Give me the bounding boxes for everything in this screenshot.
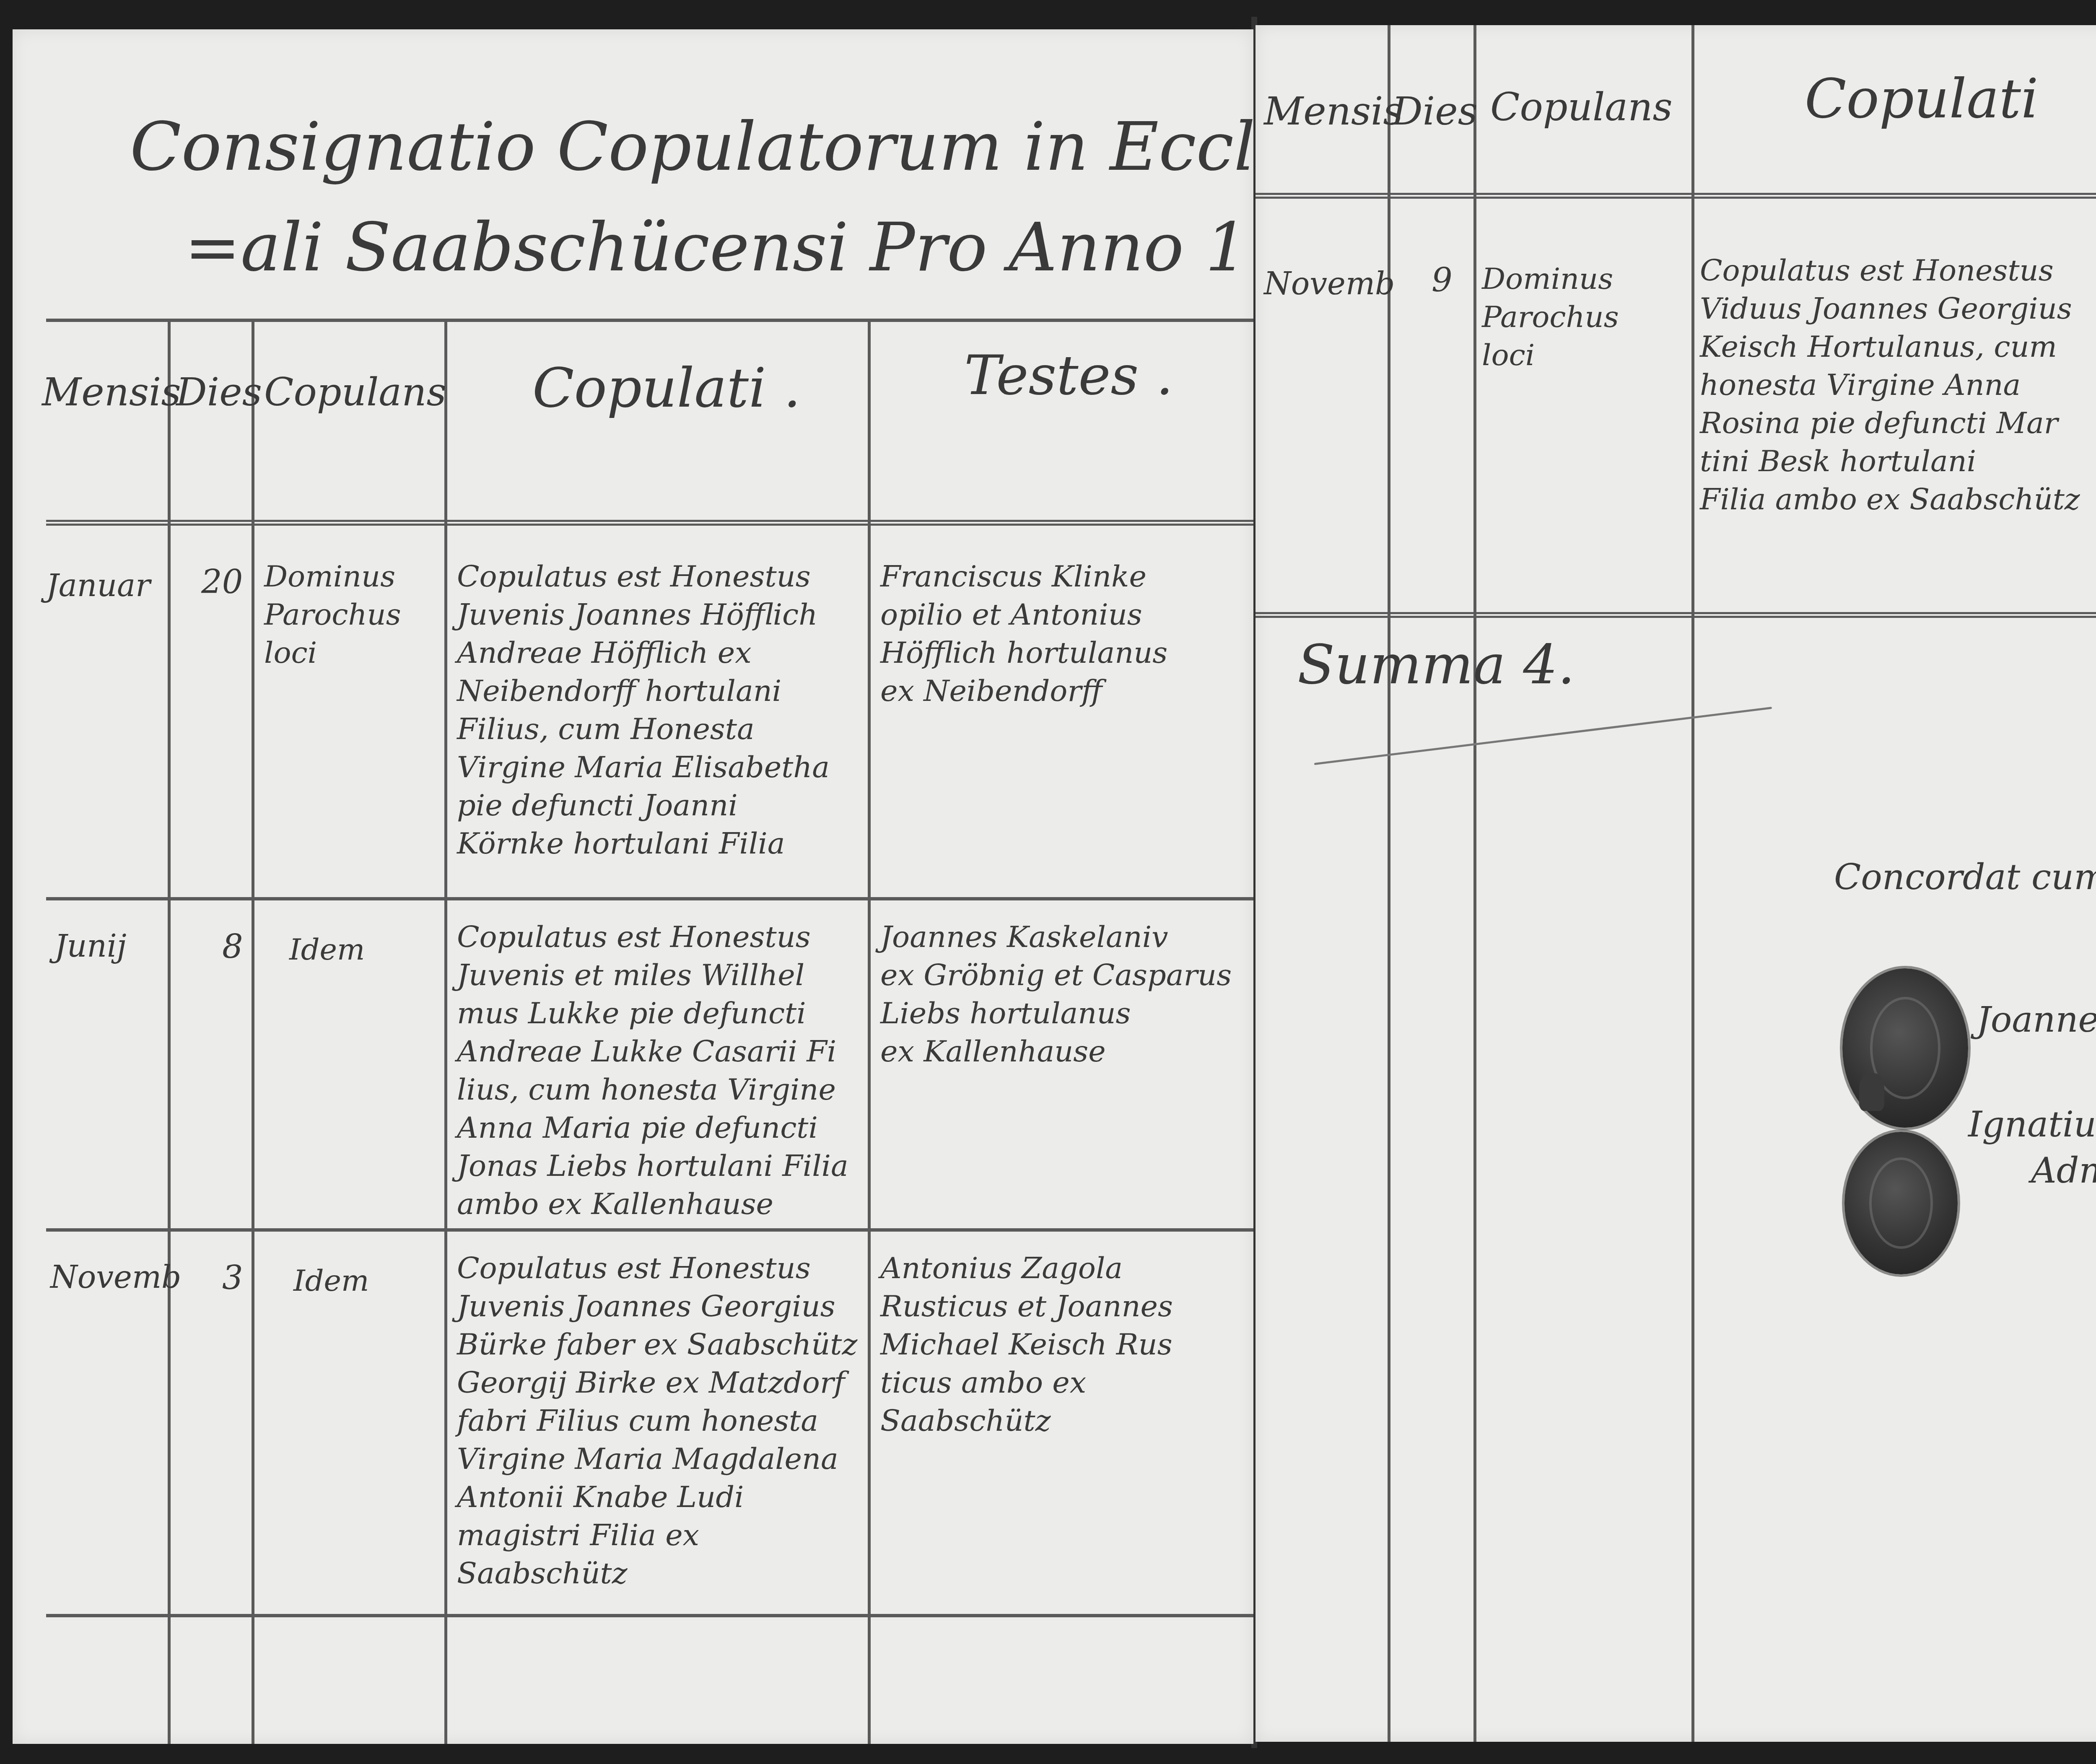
header-copulans: Copulans — [264, 373, 446, 412]
wax-seal-icon — [1844, 1132, 1958, 1274]
header-dies: Dies — [1392, 92, 1478, 131]
header-dies: Dies — [176, 373, 262, 412]
header-mensis: Mensis — [42, 373, 181, 412]
column-rule — [1691, 25, 1694, 1742]
header-bottom-rule — [1256, 193, 2096, 199]
table-top-rule — [46, 319, 1253, 322]
entry-mensis: Novemb — [50, 1262, 181, 1293]
header-copulati: Copulati . — [532, 361, 801, 415]
entry-copulans: Idem — [293, 1262, 369, 1300]
right-page: Mensis Dies Copulans Copulati Testes Nov… — [1256, 25, 2096, 1742]
signature-name-2: Ignatius Haan — [1968, 1107, 2096, 1142]
header-copulati: Copulati — [1805, 71, 2039, 126]
entry-mensis: Januar — [46, 570, 150, 601]
table-bottom-rule — [46, 1614, 1253, 1617]
entry-copulans: Dominus Parochus loci — [1482, 260, 1619, 374]
entry-dies: 20 — [201, 566, 243, 599]
closing-flourish — [1314, 707, 1772, 765]
row-divider — [46, 1228, 1253, 1232]
entry-dies: 3 — [222, 1262, 243, 1294]
entry-dies: 9 — [1432, 264, 1453, 297]
left-page: Consignatio Copulatorum in Ecclesia Paro… — [13, 29, 1253, 1744]
attestation-text: Concordat cum Originali — [1834, 859, 2096, 895]
seal-tab — [1859, 1073, 1884, 1111]
column-rule — [868, 319, 871, 1744]
header-copulans: Copulans — [1490, 88, 1673, 127]
entry-testes: Joannes Kaskelaniv ex Gröbnig et Casparu… — [880, 918, 1232, 1071]
entry-mensis: Novemb — [1264, 268, 1395, 299]
signature-name-1: Joannes Staniek — [1977, 1002, 2096, 1037]
entry-copulans: Dominus Parochus loci — [264, 558, 401, 672]
entry-testes: Antonius Zagola Rusticus et Joannes Mich… — [880, 1249, 1253, 1440]
summary-rule — [1256, 612, 2096, 618]
entry-copulati: Copulatus est Honestus Viduus Joannes Ge… — [1700, 252, 2080, 519]
entry-copulati: Copulatus est Honestus Juvenis et miles … — [457, 918, 848, 1223]
header-bottom-rule — [46, 520, 1253, 526]
summa-total: Summa 4. — [1297, 637, 1575, 692]
entry-dies: 8 — [222, 931, 243, 963]
entry-copulati: Copulatus est Honestus Juvenis Joannes G… — [457, 1249, 857, 1593]
entry-copulans: Idem — [289, 931, 365, 969]
column-rule — [444, 319, 447, 1744]
column-rule — [168, 319, 171, 1744]
page-title-line-2: =ali Saabschücensi Pro Anno 1784. — [184, 214, 1397, 281]
signature-title-2: Administrator — [2031, 1153, 2096, 1188]
entry-copulati: Copulatus est Honestus Juvenis Joannes H… — [457, 558, 830, 863]
entry-mensis: Junij — [54, 931, 127, 962]
column-rule — [1473, 25, 1476, 1742]
header-mensis: Mensis — [1264, 92, 1403, 131]
column-rule — [252, 319, 254, 1744]
entry-testes: Franciscus Klinke opilio et Antonius Höf… — [880, 558, 1167, 710]
header-testes: Testes . — [964, 348, 1173, 402]
book-spread: Consignatio Copulatorum in Ecclesia Paro… — [0, 0, 2096, 1764]
row-divider — [46, 897, 1253, 900]
